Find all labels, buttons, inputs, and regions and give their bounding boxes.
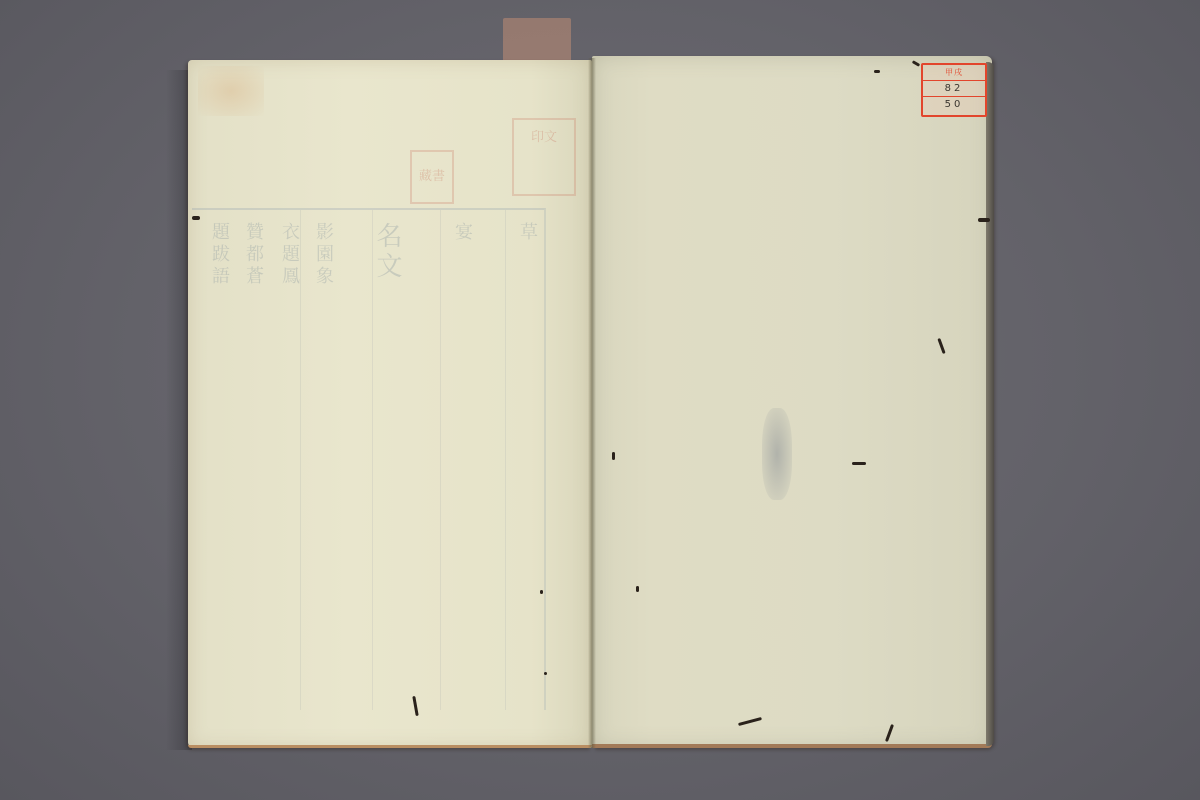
wormhole [978,218,990,222]
ghost-rule [372,210,373,710]
ghost-text: 名文 [380,222,398,282]
paper-fiber-mark [762,408,792,500]
ghost-rule [505,210,506,710]
open-book: 題跋語 贊都蒼 衣題鳳 影園象 名文 宴 草 印文 藏書 甲戌 82 50 [0,0,1200,800]
ghost-rule [300,210,301,710]
wormhole [612,452,615,460]
wormhole [852,462,866,465]
stamp-number-1: 82 [923,81,985,97]
corner-stain [198,66,264,116]
ghost-text: 題跋語 [212,222,230,288]
fore-edge [986,62,994,746]
ghost-seal: 印文 [512,118,576,196]
paper-tab [503,18,571,64]
right-page [592,56,992,748]
ghost-text: 贊都蒼 [246,222,264,288]
ghost-text: 影園象 [316,222,334,288]
wormhole [636,586,639,592]
wormhole [540,590,543,594]
wormhole [192,216,200,220]
book-gutter [588,58,596,748]
ghost-seal: 藏書 [410,150,454,204]
ghost-text: 草 [520,222,538,244]
library-stamp: 甲戌 82 50 [921,63,987,117]
stamp-number-2: 50 [923,97,985,112]
ghost-text: 衣題鳳 [282,222,300,288]
wormhole [874,70,880,73]
ghost-rule [440,210,441,710]
wormhole [544,672,547,675]
stamp-header: 甲戌 [923,65,985,81]
ghost-text: 宴 [455,222,473,244]
